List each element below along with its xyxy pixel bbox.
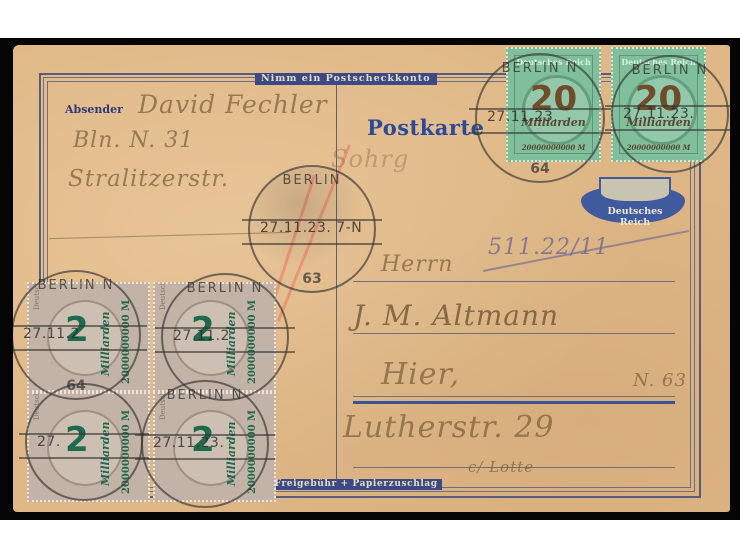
stamp-word: Milliarden <box>613 116 704 129</box>
stamp-side-text: Deutsches Reich <box>33 282 41 310</box>
sender-street: Stralitzerstr. <box>68 166 229 192</box>
stamp-word: Milliarden <box>225 311 238 376</box>
stamp-numeral: 2 <box>191 420 215 460</box>
stamp-country: Deutsches Reich <box>613 57 704 67</box>
bottom-banner: Gs: Freigebühr + Papierzuschlag <box>249 479 442 490</box>
stamp-numeral: 2 <box>65 310 89 350</box>
stamp-side-text: Deutsches Reich <box>159 282 167 310</box>
stamp-numeral: 20 <box>613 79 704 119</box>
deutsches-reich-emblem: Deutsches Reich <box>581 175 685 227</box>
faint-note: Sohrg <box>331 145 409 173</box>
stamp-value: 20000000000 M <box>613 143 704 152</box>
stamp-2-milliarden: Deutsches Reich 2 Milliarden 2000000000 … <box>153 392 276 502</box>
stamp-value: 2000000000 M <box>121 410 132 494</box>
addressee-district: N. 63 <box>633 370 687 391</box>
stamp-side-text: Deutsches Reich <box>33 392 41 420</box>
address-line-3 <box>353 396 675 397</box>
stamp-word: Milliarden <box>99 421 112 486</box>
addressee-care-of: c/ Lotte <box>468 458 534 476</box>
address-line-2 <box>353 333 675 334</box>
postcard: Nimm ein Postscheckkonto Gs: Freigebühr … <box>13 45 730 512</box>
stamp-value: 2000000000 M <box>247 300 258 384</box>
stamp-2-milliarden: Deutsches Reich 2 Milliarden 2000000000 … <box>153 282 276 392</box>
addressee-salutation: Herrn <box>381 252 453 277</box>
top-banner: Nimm ein Postscheckkonto <box>255 73 437 85</box>
stamp-numeral: 2 <box>191 310 215 350</box>
stamp-numeral: 20 <box>508 79 599 119</box>
emblem-text: Deutsches Reich <box>593 206 677 228</box>
stamp-country: Deutsches Reich <box>508 57 599 67</box>
stamp-2-milliarden: Deutsches Reich 2 Milliarden 2000000000 … <box>27 392 150 502</box>
stamp-numeral: 2 <box>65 420 89 460</box>
stamp-value: 2000000000 M <box>247 410 258 494</box>
address-line-1 <box>353 281 675 282</box>
addressee-street: Lutherstr. 29 <box>343 410 554 445</box>
sender-address-line: Bln. N. 31 <box>73 128 194 153</box>
addressee-name: J. M. Altmann <box>353 299 559 332</box>
stamp-20-milliarden: Deutsches Reich 20 Milliarden 2000000000… <box>611 47 706 162</box>
emblem-ship-icon <box>599 177 671 203</box>
address-city-underline <box>353 401 675 404</box>
vertical-divider <box>336 81 337 487</box>
stamp-2-milliarden: Deutsches Reich 2 Milliarden 2000000000 … <box>27 282 150 392</box>
stamp-word: Milliarden <box>99 311 112 376</box>
sender-label: Absender <box>65 103 123 116</box>
stamp-word: Milliarden <box>508 116 599 129</box>
stamp-side-text: Deutsches Reich <box>159 392 167 420</box>
addressee-city: Hier, <box>381 357 460 392</box>
postcard-title: Postkarte <box>367 115 485 140</box>
stamp-20-milliarden: Deutsches Reich 20 Milliarden 2000000000… <box>506 47 601 162</box>
stamp-value: 20000000000 M <box>508 143 599 152</box>
stamp-word: Milliarden <box>225 421 238 486</box>
stamp-value: 2000000000 M <box>121 300 132 384</box>
sender-name: David Fechler <box>138 90 328 119</box>
